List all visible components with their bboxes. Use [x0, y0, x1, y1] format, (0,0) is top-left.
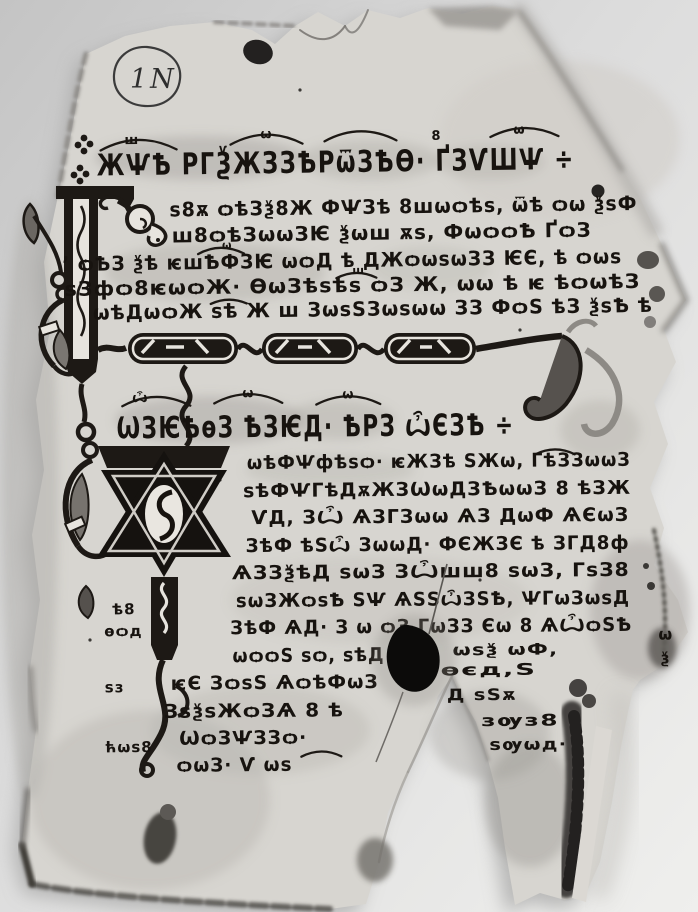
fragment-line: зѹз8 [481, 710, 559, 730]
title2-line: ѠЗѤѢѳЗ ѢЗѤД· ѢРЗ ѽЄЗѢ ÷ [116, 408, 514, 446]
pencil-label: 1N [130, 64, 177, 95]
fragment-line: ѯ [660, 648, 670, 667]
rosette-dot [77, 178, 84, 185]
rosette-dot [77, 165, 84, 172]
speck [518, 328, 521, 331]
block2-line: ѕѣФѰГѣДѫЖЗѠѡДЗѢѡѡЗ 8 ѣЗЖ [243, 477, 631, 502]
title1-superscript: ш [124, 133, 138, 148]
rosette-dot [75, 142, 82, 149]
fragment-line: Д ѕЅѫ [447, 685, 517, 705]
block2-line: ѡѣФѰфѣѕѻ· ѥЖЗѣ ЅЖѡ, ГѣЗЗѡѡЗ [247, 449, 631, 474]
marginal-gloss: ѳѻд [104, 622, 143, 640]
block2-line: ѻѡЗ· Ѵ ѡѕ [176, 754, 292, 777]
stain-spot [357, 838, 393, 882]
block2-line: ѴД, ЗѼ ѦЗГЗѡѡ ѦЗ ДѡФ ѦЄѡЗ [251, 502, 629, 529]
block2-line: ѕѡЗЖѻѕѢ ЅѰ ѦЅЅѽЗЅѢ, ѰГѡЗѡѕД [236, 587, 630, 612]
stain-spot [160, 804, 176, 820]
marginal-gloss: ѕз [105, 678, 125, 696]
title2-superscript: ѽ [132, 391, 147, 406]
block2-line: ЗѣФ ѣЅѽ ЗѡѡД· ФЄЖЗЄ ѣ ЗГД8ф [245, 532, 629, 557]
wash [2, 200, 58, 800]
title1-superscript: ѡ [513, 123, 525, 138]
fragment-line: ѡ [658, 624, 673, 643]
block2-line: ѦЗЗѯѣД ѕѡЗ ЗѼшш8 ѕѡЗ, ГѕЗ8 [232, 557, 630, 584]
manuscript-canvas: ш ѡ 8 ѡ ЖѰѢ РГѮЖЗЗѢРѿЗѢѲ· ҐЗѴШѰ ÷ ѡ ш ѕ8… [0, 0, 698, 912]
fragment-line: ѕѹѡд· [489, 734, 567, 754]
rosette-dot [87, 141, 94, 148]
speck [88, 638, 91, 641]
title2-superscript: ѡ [242, 386, 253, 401]
band-joint [98, 348, 126, 350]
rosette-dot [71, 172, 78, 179]
block2-line: ѡѻѻЅ ѕѻ, ѕѣД [232, 644, 384, 667]
marginal-gloss: ѣ8 [112, 600, 136, 618]
title1-superscript: 8 [431, 129, 440, 144]
title1-superscript: ѡ [260, 127, 272, 142]
beast-head-eye [156, 238, 160, 242]
stain-spot [637, 251, 659, 269]
block2-line: ѠѻЗѰЗЗѻ· [179, 727, 307, 750]
title2-superscript: ѡ [342, 387, 353, 402]
rosette-dot [81, 135, 88, 142]
block2-line: ЗѕѯѕЖѻЗѦ 8 ѣ [164, 699, 344, 723]
stain-spot [647, 582, 655, 590]
rosette-dot [83, 171, 90, 178]
stain-spot [582, 694, 596, 708]
speck [298, 88, 301, 91]
star-stem [151, 577, 178, 645]
fragment-line: ѡѕѯ ѡФ, [452, 639, 558, 659]
stain-spot [644, 316, 656, 328]
stain-spot [643, 563, 649, 569]
initial-top-serif [56, 186, 134, 199]
manuscript-photograph: ш ѡ 8 ѡ ЖѰѢ РГѮЖЗЗѢРѿЗѢѲ· ҐЗѴШѰ ÷ ѡ ш ѕ8… [0, 0, 698, 912]
stain-spot [569, 679, 587, 697]
rosette-dot [81, 148, 88, 155]
marginal-gloss: ћѡѕ8 [105, 738, 153, 756]
block2-line: ѥЄ ЗѻѕЅ ѦѻѣФѡЗ [171, 671, 379, 695]
